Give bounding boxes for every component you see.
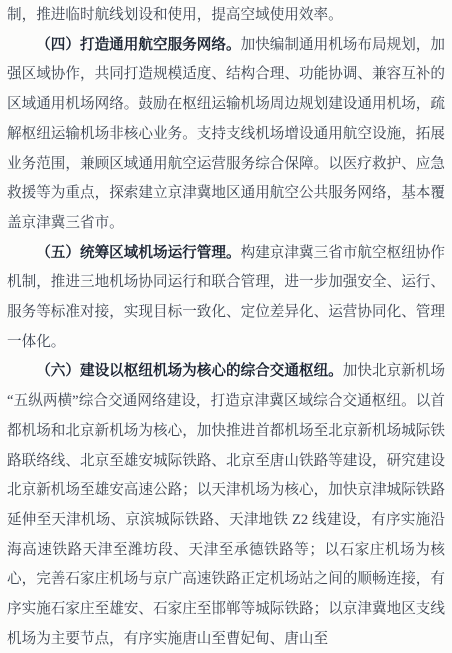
- paragraph-text: 加快编制通用机场布局规划，加强区域协作，共同打造规模适度、结构合理、功能协调、兼…: [7, 37, 445, 231]
- section-heading: （四）打造通用航空服务网络。: [36, 37, 240, 53]
- paragraph-text: 加快北京新机场“五纵两横”综合交通网络建设，打造京津冀区域综合交通枢纽。以首都机…: [7, 363, 445, 646]
- paragraph-continuation: 制，推进临时航线划设和使用，提高空域使用效率。: [7, 1, 445, 31]
- section-heading: （六）建设以枢纽机场为核心的综合交通枢纽。: [36, 363, 343, 379]
- paragraph-section-4: （四）打造通用航空服务网络。加快编制通用机场布局规划，加强区域协作，共同打造规模…: [7, 31, 445, 239]
- document-page: 制，推进临时航线划设和使用，提高空域使用效率。 （四）打造通用航空服务网络。加快…: [0, 0, 452, 653]
- paragraph-text: 制，推进临时航线划设和使用，提高空域使用效率。: [7, 7, 343, 23]
- document-body: 制，推进临时航线划设和使用，提高空域使用效率。 （四）打造通用航空服务网络。加快…: [7, 1, 445, 653]
- paragraph-section-6: （六）建设以枢纽机场为核心的综合交通枢纽。加快北京新机场“五纵两横”综合交通网络…: [7, 357, 445, 653]
- paragraph-section-5: （五）统筹区域机场运行管理。构建京津冀三省市航空枢纽协作机制，推进三地机场协同运…: [7, 239, 445, 358]
- section-heading: （五）统筹区域机场运行管理。: [36, 245, 240, 261]
